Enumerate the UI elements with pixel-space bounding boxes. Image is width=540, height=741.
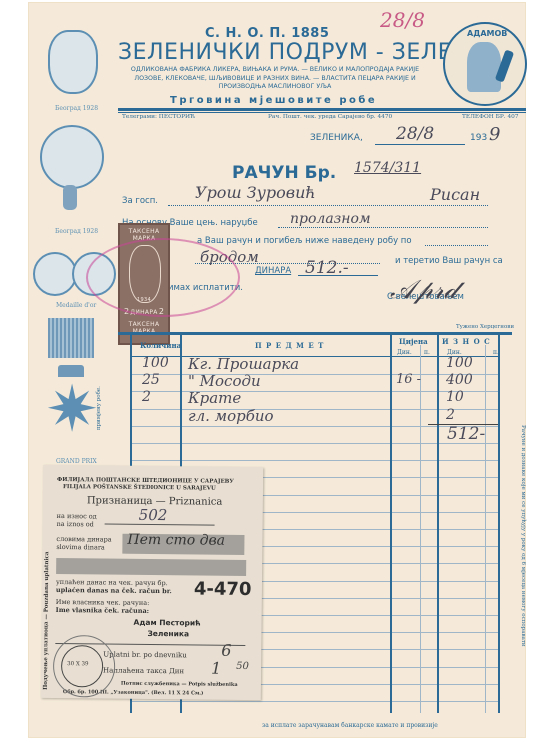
side-note-left: примјену робе. <box>96 386 102 430</box>
medal-ribbon-icon <box>48 318 94 358</box>
row-line <box>132 426 498 427</box>
order-line <box>278 227 488 228</box>
table-total: 512- <box>447 424 485 444</box>
dinars-value: 512.- <box>305 258 349 278</box>
company-description: ОДЛИКОВАНА ФАБРИКА ЛИКЕРА, ВИЊАКА И РУМА… <box>120 66 430 92</box>
table-row: 100Кг. Прошарка100 <box>0 355 540 372</box>
send-text-b: а Ваш рачун и погибељ ниже наведену робу… <box>197 236 412 246</box>
bearded-man-icon <box>467 42 501 92</box>
award-caption: Београд 1928 <box>55 228 98 235</box>
row-line <box>132 460 498 461</box>
owner-place: Зеленика <box>147 629 189 638</box>
table-row: гл. морбио2 <box>0 407 540 424</box>
year-prefix: 193 <box>470 133 487 143</box>
award-caption: GRAND PRIX <box>56 458 97 465</box>
trade-line: Трговина мјешовите робе <box>170 95 377 106</box>
signatory-label: Тужено Херцегнови <box>456 324 514 330</box>
telegram-address: Телеграми: ПЕСТОРИЋ <box>122 114 195 120</box>
invoice-number: 1574/311 <box>354 160 421 176</box>
date-line <box>375 144 465 145</box>
footer-note: за исплате зарачунавам банкарске камате … <box>262 722 438 729</box>
award-caption: Medaille d'or <box>56 302 96 309</box>
invoice-date: 28/8 <box>396 124 434 144</box>
cell-item: гл. морбио <box>188 407 274 425</box>
cell-item: Кг. Прошарка <box>188 355 299 373</box>
postmark-date: 30 X 39 <box>67 661 88 667</box>
owner-label-lat: Ime vlasnika ček. računa: <box>56 606 149 615</box>
row-line <box>132 701 498 702</box>
postal-receipt: ФИЛИЈАЛА ПОШТАНСКЕ ШТЕДИОНИЦЕ У САРАЈЕВУ… <box>41 465 263 700</box>
receipt-bank-line2: FILIJALA POŠTANSKE ŠTEDIONICE U SARAJEVU <box>63 484 216 492</box>
cell-item: " Мосоди <box>188 372 261 390</box>
fee-label: Наплаћена такса Дин <box>103 666 184 675</box>
signature-label: Потпис службеника — Potpis službenika <box>121 681 238 688</box>
side-note-right: Рачуне и дознаке које ми се упућују у ро… <box>520 425 526 675</box>
to-place: Рисан <box>430 185 480 204</box>
wreath-medal-icon <box>40 125 104 189</box>
adamov-logo: АДАМОВ <box>443 22 527 106</box>
account-number: 4-470 <box>194 578 252 600</box>
header-rule-thin <box>118 112 526 113</box>
order-value: пролазном <box>290 211 371 227</box>
col-header-qty: Количина <box>140 341 181 350</box>
cell-amount: 100 <box>446 355 473 371</box>
to-line <box>168 205 488 206</box>
row-line <box>132 443 498 444</box>
gold-medal-left-icon <box>33 252 77 296</box>
org-code: С. Н. О. П. 1885 <box>205 26 329 41</box>
col-header-price: Цијена <box>399 337 428 346</box>
shaded-bar <box>56 558 246 576</box>
owner-name: Адам Песторић <box>134 618 201 628</box>
amount-label-lat: na iznos od <box>57 520 94 528</box>
fee-value: 1 <box>211 659 221 678</box>
cell-qty: 100 <box>142 355 169 371</box>
journal-label: Uplatni br. po dnevniku <box>103 650 187 659</box>
to-label: За госп. <box>122 196 158 206</box>
table-top-rule <box>118 332 512 335</box>
dinars-label: ДИНАРА <box>255 266 291 276</box>
col-header-amount: И З Н О С <box>442 337 491 346</box>
cell-qty: 25 <box>142 372 160 388</box>
table-row: 2Крате10 <box>0 389 540 406</box>
words-label-lat: slovima dinara <box>56 543 105 552</box>
ribbon-knot-icon <box>63 185 77 210</box>
cell-price: 16 - <box>396 372 421 387</box>
table-row: 25" Мосоди16 -400 <box>0 372 540 389</box>
cancellation-stamp <box>86 238 240 317</box>
award-caption: Београд 1928 <box>55 105 98 112</box>
signature: 𝒜𝓅𝓇𝒹 <box>390 275 457 306</box>
paid-label-lat: uplaćen danas na ček. račun br. <box>56 586 172 595</box>
invoice-title: РАЧУН Бр. <box>232 163 336 183</box>
postal-account: Рач. Пошт. чек. уреда Сарајево бр. 4470 <box>268 114 392 120</box>
cell-amount: 10 <box>446 389 464 405</box>
col-header-item: П Р Е Д М Е Т <box>255 341 324 350</box>
cell-amount: 2 <box>446 407 455 423</box>
send-line <box>425 245 488 246</box>
phone-number: ТЕЛЕФОН БР. 407 <box>462 114 519 120</box>
logo-label: АДАМОВ <box>467 29 507 38</box>
year-digit: 9 <box>489 124 500 145</box>
corner-note: 28/8 <box>380 8 425 32</box>
to-name: Урош Зуровић <box>195 183 316 202</box>
fee-p: 50 <box>236 661 249 672</box>
cell-qty: 2 <box>142 389 151 405</box>
invoice-place: ЗЕЛЕНИКА, <box>310 133 363 143</box>
words-value: Пет сто два <box>127 532 225 549</box>
receipt-amount: 502 <box>139 506 168 524</box>
charge-text: и теретио Ваш рачун са <box>395 256 503 266</box>
header-rule <box>118 108 526 111</box>
coat-of-arms-icon <box>48 30 98 94</box>
receipt-side-text: Подучење уплатиоца — Pouzdana uplatnica <box>43 551 50 689</box>
cell-item: Крате <box>188 389 241 407</box>
journal-value: 6 <box>221 641 231 660</box>
cell-amount: 400 <box>446 372 473 388</box>
